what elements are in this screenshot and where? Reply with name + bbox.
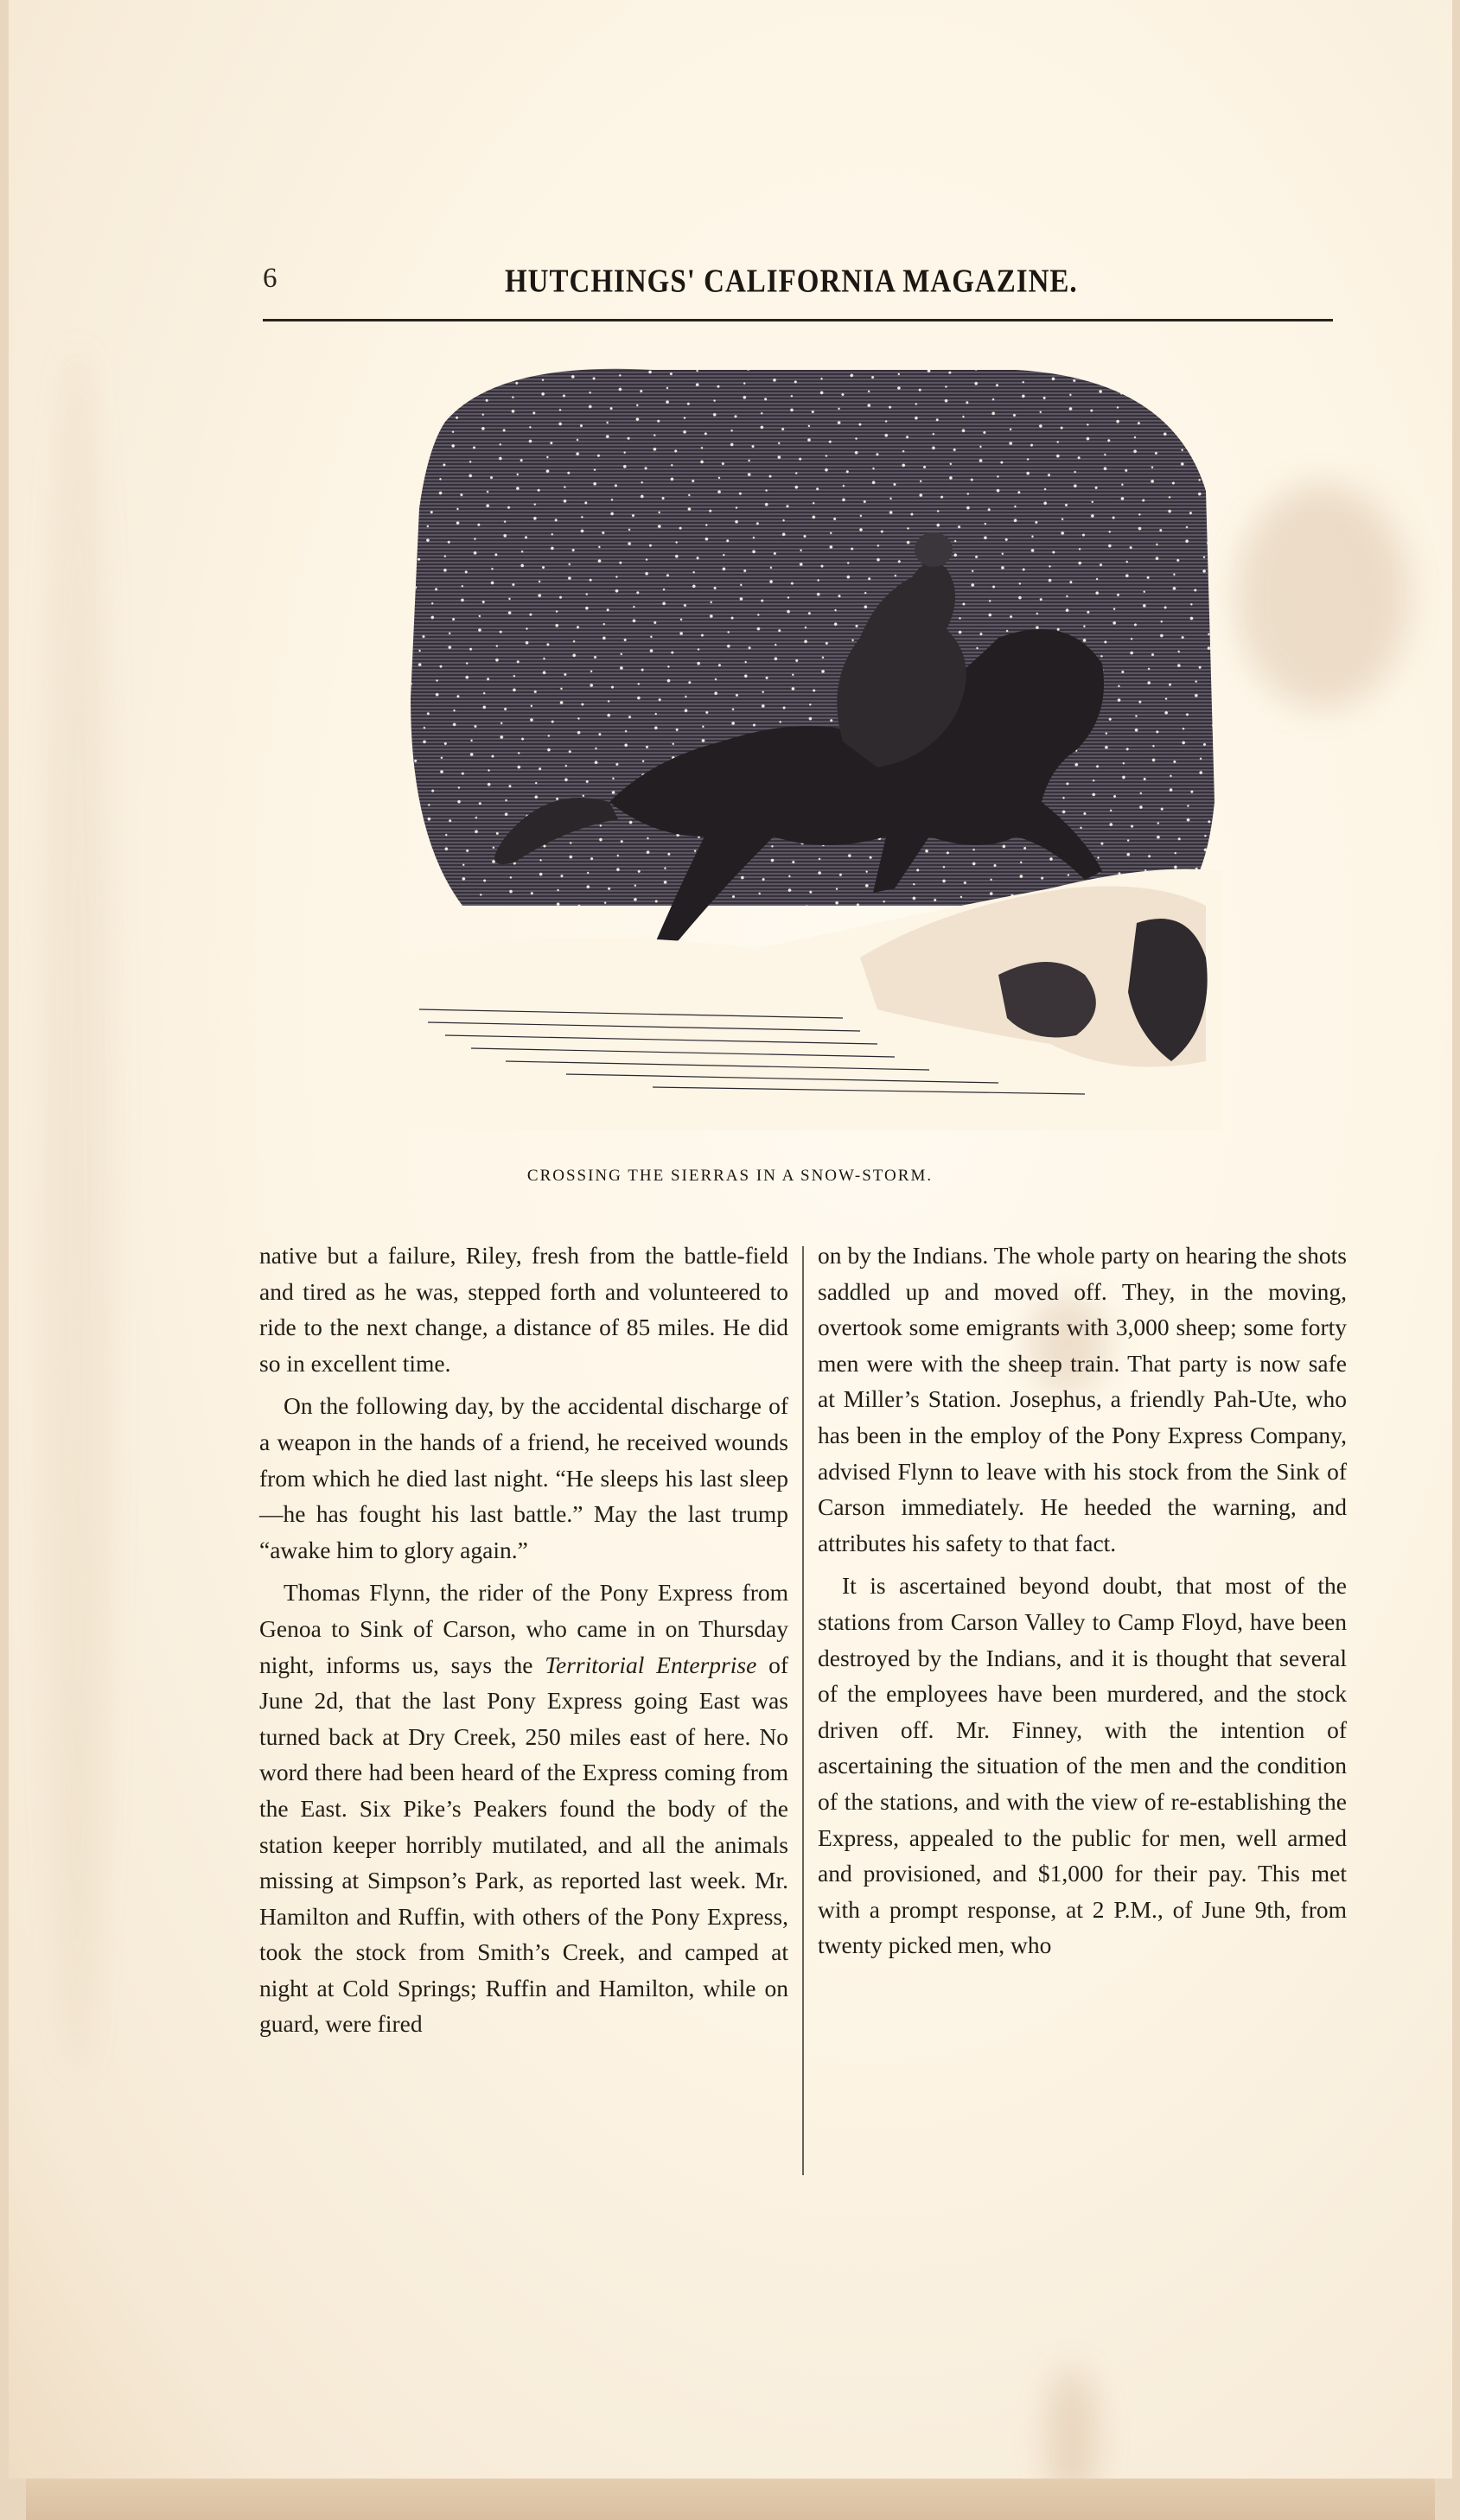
paragraph: On the following day, by the accidental … <box>259 1388 788 1568</box>
age-stain <box>1236 484 1409 709</box>
left-column: native but a failure, Riley, fresh from … <box>259 1238 788 2042</box>
page-number: 6 <box>263 263 277 295</box>
engraving-illustration <box>393 353 1232 1130</box>
rider-in-snowstorm-image <box>393 353 1232 1130</box>
newspaper-title: Territorial Enterprise <box>545 1651 756 1678</box>
right-column: on by the Indians. The whole party on he… <box>818 1238 1347 1963</box>
paragraph: It is ascertained beyond doubt, that mos… <box>818 1568 1347 1963</box>
column-divider <box>802 1246 804 2175</box>
running-head: HUTCHINGS' CALIFORNIA MAGAZINE. <box>505 264 1078 301</box>
paragraph: on by the Indians. The whole party on he… <box>818 1238 1347 1561</box>
paragraph-text: of June 2d, that the last Pony Express g… <box>259 1651 788 2038</box>
header-rule <box>263 319 1333 321</box>
page-header: 6 HUTCHINGS' CALIFORNIA MAGAZINE. <box>252 259 1333 311</box>
binding-shadow <box>43 346 112 2074</box>
paragraph: Thomas Flynn, the rider of the Pony Expr… <box>259 1575 788 2042</box>
illustration-caption: CROSSING THE SIERRAS IN A SNOW-STORM. <box>0 1167 1460 1186</box>
page-edge <box>26 2479 1435 2520</box>
paragraph: native but a failure, Riley, fresh from … <box>259 1238 788 1381</box>
